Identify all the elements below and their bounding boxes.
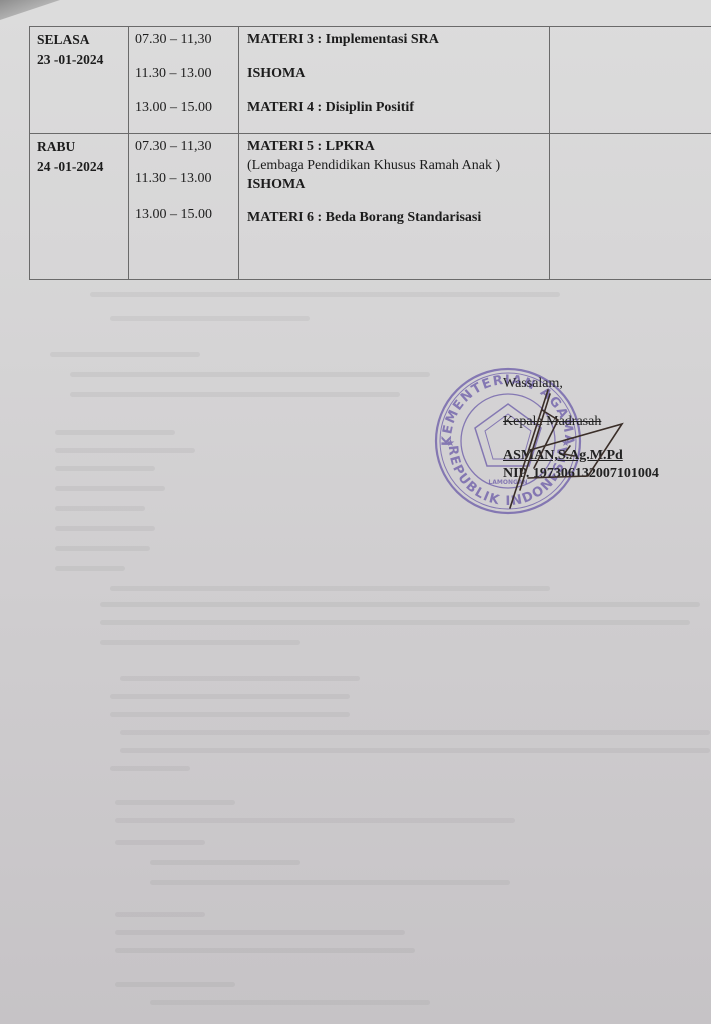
time-slot: 11.30 – 13.00 xyxy=(135,64,238,98)
time-cell: 07.30 – 11,30 11.30 – 13.00 13.00 – 15.0… xyxy=(129,27,239,134)
time-cell: 07.30 – 11,30 11.30 – 13.00 13.00 – 15.0… xyxy=(129,134,239,280)
time-slot: 07.30 – 11,30 xyxy=(135,30,238,64)
material-item: MATERI 6 : Beda Borang Standarisasi xyxy=(247,208,549,228)
page-corner-shadow xyxy=(0,0,60,20)
time-slot: 13.00 – 15.00 xyxy=(135,98,238,132)
day-cell: RABU 24 -01-2024 xyxy=(30,134,129,280)
day-date: 23 -01-2024 xyxy=(37,50,128,70)
time-slot: 07.30 – 11,30 xyxy=(135,137,238,165)
time-slot: 11.30 – 13.00 xyxy=(135,169,238,205)
notes-cell xyxy=(550,134,711,280)
material-item: MATERI 5 : LPKRA xyxy=(247,137,549,157)
schedule-table: SELASA 23 -01-2024 07.30 – 11,30 11.30 –… xyxy=(29,26,711,280)
notes-cell xyxy=(550,27,711,134)
day-name: RABU xyxy=(37,137,128,157)
table-row: RABU 24 -01-2024 07.30 – 11,30 11.30 – 1… xyxy=(30,134,711,280)
material-cell: MATERI 5 : LPKRA (Lembaga Pendidikan Khu… xyxy=(239,134,550,280)
material-subtitle: (Lembaga Pendidikan Khusus Ramah Anak ) xyxy=(247,157,549,175)
material-item: ISHOMA xyxy=(247,175,549,195)
material-item: MATERI 3 : Implementasi SRA xyxy=(247,30,549,64)
day-cell: SELASA 23 -01-2024 xyxy=(30,27,129,134)
material-cell: MATERI 3 : Implementasi SRA ISHOMA MATER… xyxy=(239,27,550,134)
day-name: SELASA xyxy=(37,30,128,50)
time-slot: 13.00 – 15.00 xyxy=(135,205,238,225)
material-item: ISHOMA xyxy=(247,64,549,98)
handwritten-signature-icon xyxy=(490,380,650,520)
table-row: SELASA 23 -01-2024 07.30 – 11,30 11.30 –… xyxy=(30,27,711,134)
svg-text:★: ★ xyxy=(446,438,455,449)
material-item: MATERI 4 : Disiplin Positif xyxy=(247,98,549,132)
day-date: 24 -01-2024 xyxy=(37,157,128,177)
